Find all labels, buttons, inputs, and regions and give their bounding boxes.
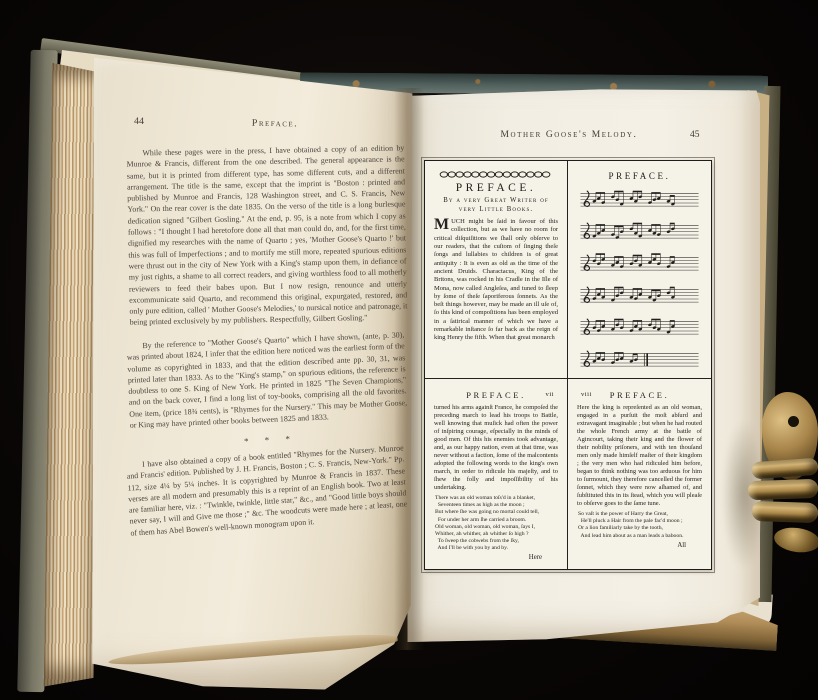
brass-hand-finger [752, 501, 818, 523]
catchword-here: Here [434, 554, 558, 561]
music-staff [579, 315, 700, 340]
folio-vii: vii [546, 391, 554, 398]
left-page-header: 44 Preface. [128, 116, 406, 131]
facsimile-header-title: PREFACE. [466, 390, 526, 400]
facsimile-byline: By a very Great Writer of very Little Bo… [434, 197, 558, 214]
music-staff [579, 219, 700, 244]
harry-the-great-verse: So vaſt is the power of Harry the Great,… [578, 511, 702, 539]
music-staff [579, 347, 700, 372]
chain-ornament [439, 170, 553, 179]
running-header-right: Mother Goose's Melody. [434, 130, 704, 140]
brass-hand-finger [748, 479, 818, 500]
paragraph: By the reference to "Mother Goose's Quar… [126, 329, 408, 431]
book-photo-scene: Mother Goose's Melody. 45 PREFACE. By a … [0, 0, 818, 700]
facsimile-page-sheet-music: PREFACE. [568, 161, 711, 379]
facsimile-page-vii: PREFACE. vii turned his arms againſt Fra… [425, 379, 568, 569]
sheet-music [577, 187, 702, 372]
brass-hand-finger [751, 458, 818, 480]
facsimile-page-vii-header: PREFACE. vii [434, 390, 558, 400]
music-staff [579, 283, 700, 308]
facsimile-page-preface-title: PREFACE. By a very Great Writer of very … [425, 161, 568, 379]
running-header-left: Preface. [144, 116, 406, 131]
left-page-content: 44 Preface. While these pages were in th… [128, 118, 406, 530]
brass-hand-hole [788, 416, 799, 427]
music-page-title: PREFACE. [577, 171, 702, 181]
catchword-all: All [577, 542, 702, 549]
gutter-shadow [394, 88, 424, 650]
facsimile-title: PREFACE. [434, 182, 558, 194]
old-woman-verse: There was an old woman toſs'd in a blank… [435, 495, 558, 552]
facsimile-body-text: Here the king is repreſented as an old w… [577, 404, 702, 508]
facsimile-body-run: UCH might be ſaid in favour of this coll… [434, 218, 558, 341]
facsimile-body-text: MUCH might be ſaid in favour of this col… [434, 218, 558, 342]
paragraph: While these pages were in the press, I h… [126, 142, 407, 328]
folio-viii: viii [581, 391, 592, 398]
dropcap-m: M [434, 218, 451, 232]
facsimile-header-title: PREFACE. [610, 390, 670, 400]
right-page-header: Mother Goose's Melody. [434, 130, 704, 140]
facsimile-page-viii: viii PREFACE. Here the king is repreſent… [568, 379, 711, 569]
right-page: Mother Goose's Melody. 45 PREFACE. By a … [404, 86, 760, 642]
facsimile-body-text: turned his arms againſt France, he compo… [434, 404, 558, 492]
facsimile-page-viii-header: viii PREFACE. [577, 390, 702, 400]
page-number-45: 45 [690, 130, 700, 140]
facsimile-frame: PREFACE. By a very Great Writer of very … [424, 160, 712, 570]
page-number-44: 44 [134, 116, 144, 127]
brass-hand-thumb [773, 525, 818, 555]
paragraph: I have also obtained a copy of a book en… [126, 442, 408, 538]
music-staff [579, 251, 700, 276]
left-page: 44 Preface. While these pages were in th… [84, 48, 414, 696]
music-staff [579, 187, 700, 212]
